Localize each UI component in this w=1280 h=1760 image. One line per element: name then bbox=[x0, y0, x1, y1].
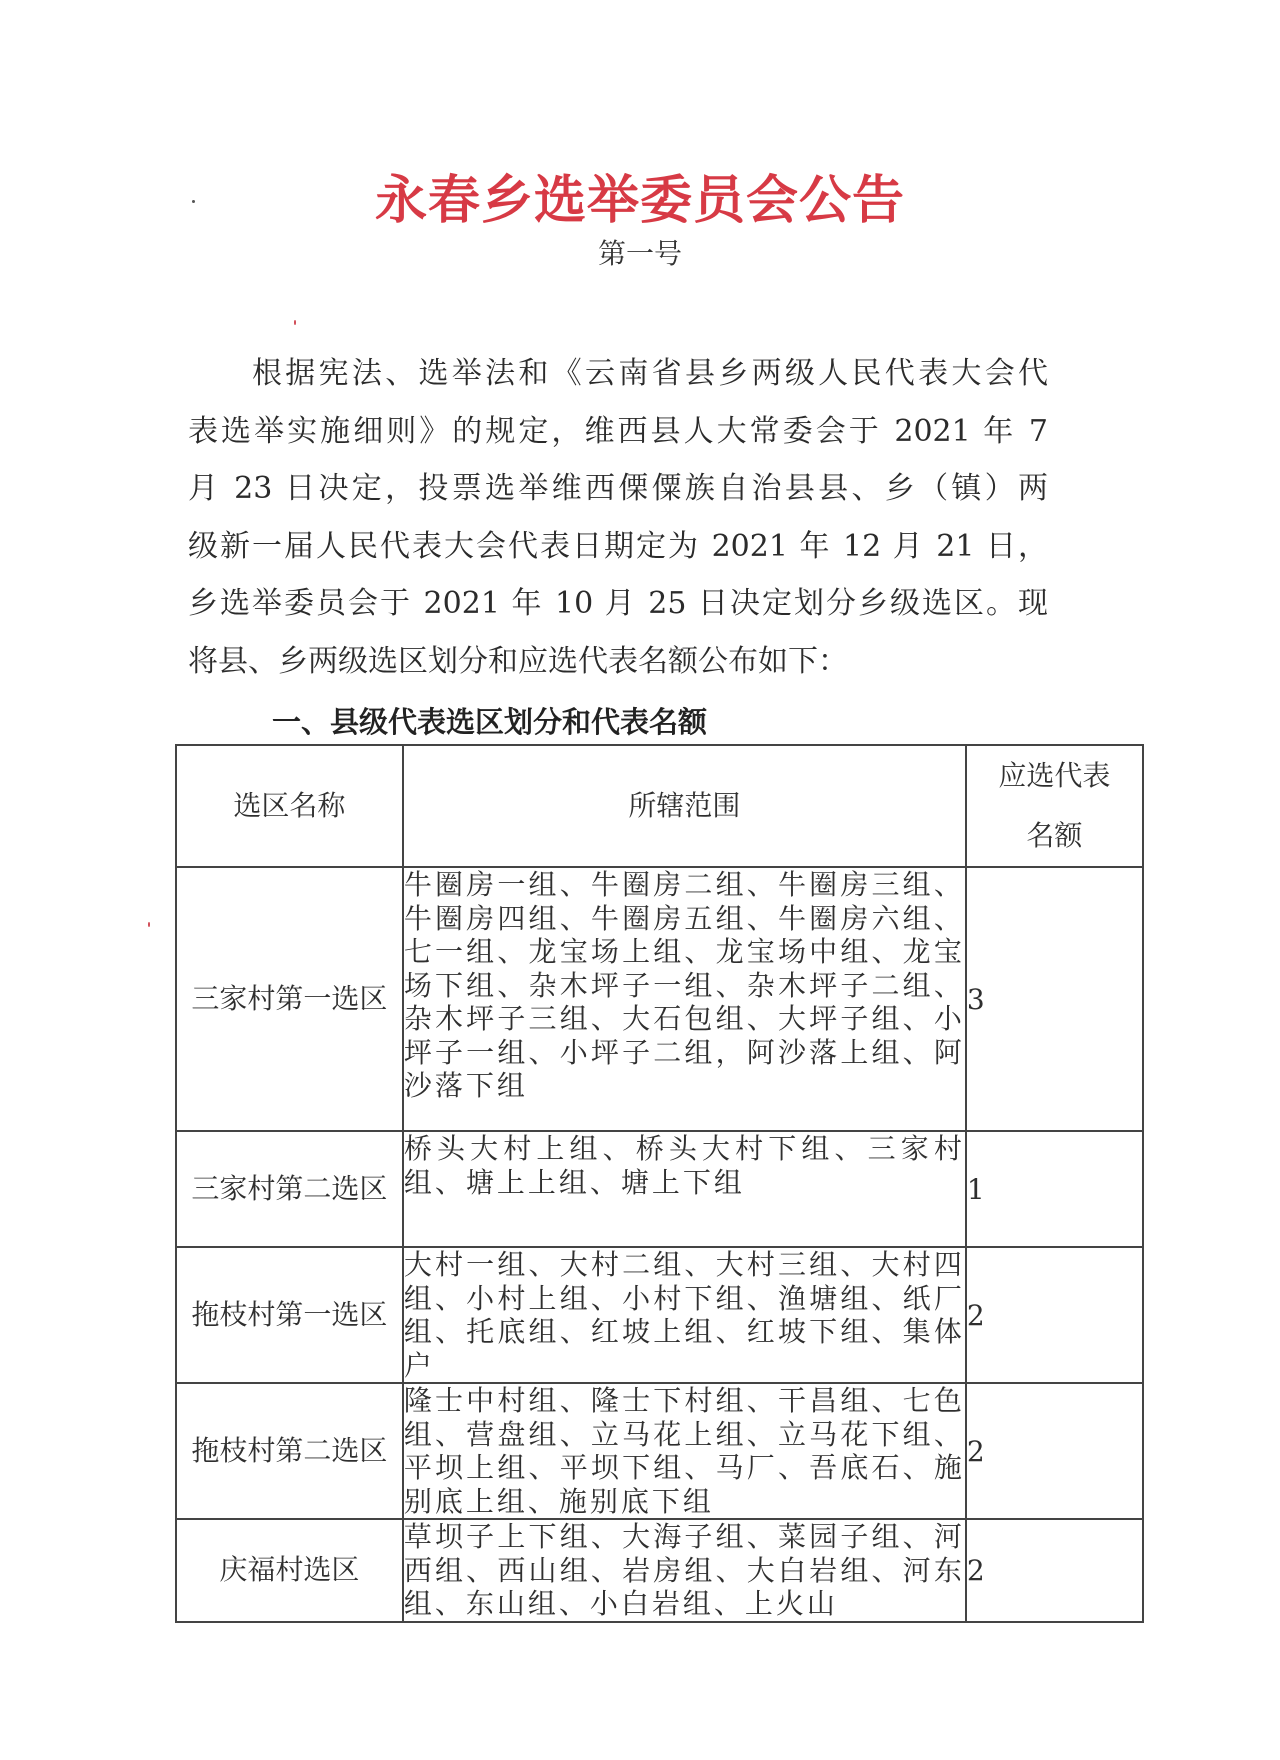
paragraph-line: 月 23 日决定，投票选举维西傈僳族自治县县、乡（镇）两 bbox=[188, 460, 1048, 518]
district-quota: 2 bbox=[966, 1383, 1143, 1519]
paragraph-line: 表选举实施细则》的规定，维西县人大常委会于 2021 年 7 bbox=[188, 403, 1048, 461]
paragraph-line: 根据宪法、选举法和《云南省县乡两级人民代表大会代 bbox=[188, 345, 1048, 403]
scan-speck bbox=[148, 922, 150, 927]
header-quota-line1: 应选代表 bbox=[967, 746, 1142, 806]
district-table: 选区名称 所辖范围 应选代表 名额 三家村第一选区 牛圈房一组、牛圈房二组、牛圈… bbox=[175, 744, 1144, 1623]
district-scope: 隆士中村组、隆士下村组、干昌组、七色组、营盘组、立马花上组、立马花下组、平坝上组… bbox=[403, 1383, 966, 1519]
scan-speck bbox=[294, 320, 296, 325]
table-row: 三家村第一选区 牛圈房一组、牛圈房二组、牛圈房三组、牛圈房四组、牛圈房五组、牛圈… bbox=[176, 867, 1143, 1131]
district-scope: 牛圈房一组、牛圈房二组、牛圈房三组、牛圈房四组、牛圈房五组、牛圈房六组、七一组、… bbox=[403, 867, 966, 1131]
district-scope: 桥头大村上组、桥头大村下组、三家村组、塘上上组、塘上下组 bbox=[403, 1131, 966, 1247]
table-row: 拖枝村第二选区 隆士中村组、隆士下村组、干昌组、七色组、营盘组、立马花上组、立马… bbox=[176, 1383, 1143, 1519]
document-number: 第一号 bbox=[0, 232, 1280, 272]
document-title: 永春乡选举委员会公告 bbox=[0, 158, 1280, 233]
section-heading: 一、县级代表选区划分和代表名额 bbox=[272, 700, 707, 741]
header-quota: 应选代表 名额 bbox=[966, 745, 1143, 867]
table-row: 拖枝村第一选区 大村一组、大村二组、大村三组、大村四组、小村上组、小村下组、渔塘… bbox=[176, 1247, 1143, 1383]
district-quota: 3 bbox=[966, 867, 1143, 1131]
district-scope: 大村一组、大村二组、大村三组、大村四组、小村上组、小村下组、渔塘组、纸厂组、托底… bbox=[403, 1247, 966, 1383]
district-name: 拖枝村第一选区 bbox=[176, 1247, 403, 1383]
district-name: 拖枝村第二选区 bbox=[176, 1383, 403, 1519]
header-scope: 所辖范围 bbox=[403, 745, 966, 867]
table-row: 三家村第二选区 桥头大村上组、桥头大村下组、三家村组、塘上上组、塘上下组 1 bbox=[176, 1131, 1143, 1247]
header-district-name: 选区名称 bbox=[176, 745, 403, 867]
paragraph-line: 将县、乡两级选区划分和应选代表名额公布如下： bbox=[188, 633, 1048, 691]
table-row: 庆福村选区 草坝子上下组、大海子组、菜园子组、河西组、西山组、岩房组、大白岩组、… bbox=[176, 1519, 1143, 1622]
body-paragraph: 根据宪法、选举法和《云南省县乡两级人民代表大会代 表选举实施细则》的规定，维西县… bbox=[188, 345, 1048, 690]
paragraph-line: 乡选举委员会于 2021 年 10 月 25 日决定划分乡级选区。现 bbox=[188, 575, 1048, 633]
district-quota: 1 bbox=[966, 1131, 1143, 1247]
header-quota-line2: 名额 bbox=[967, 806, 1142, 866]
district-scope: 草坝子上下组、大海子组、菜园子组、河西组、西山组、岩房组、大白岩组、河东组、东山… bbox=[403, 1519, 966, 1622]
district-name: 三家村第一选区 bbox=[176, 867, 403, 1131]
paragraph-line: 级新一届人民代表大会代表日期定为 2021 年 12 月 21 日， bbox=[188, 518, 1048, 576]
district-name: 庆福村选区 bbox=[176, 1519, 403, 1622]
district-quota: 2 bbox=[966, 1519, 1143, 1622]
district-name: 三家村第二选区 bbox=[176, 1131, 403, 1247]
table-header-row: 选区名称 所辖范围 应选代表 名额 bbox=[176, 745, 1143, 867]
district-quota: 2 bbox=[966, 1247, 1143, 1383]
